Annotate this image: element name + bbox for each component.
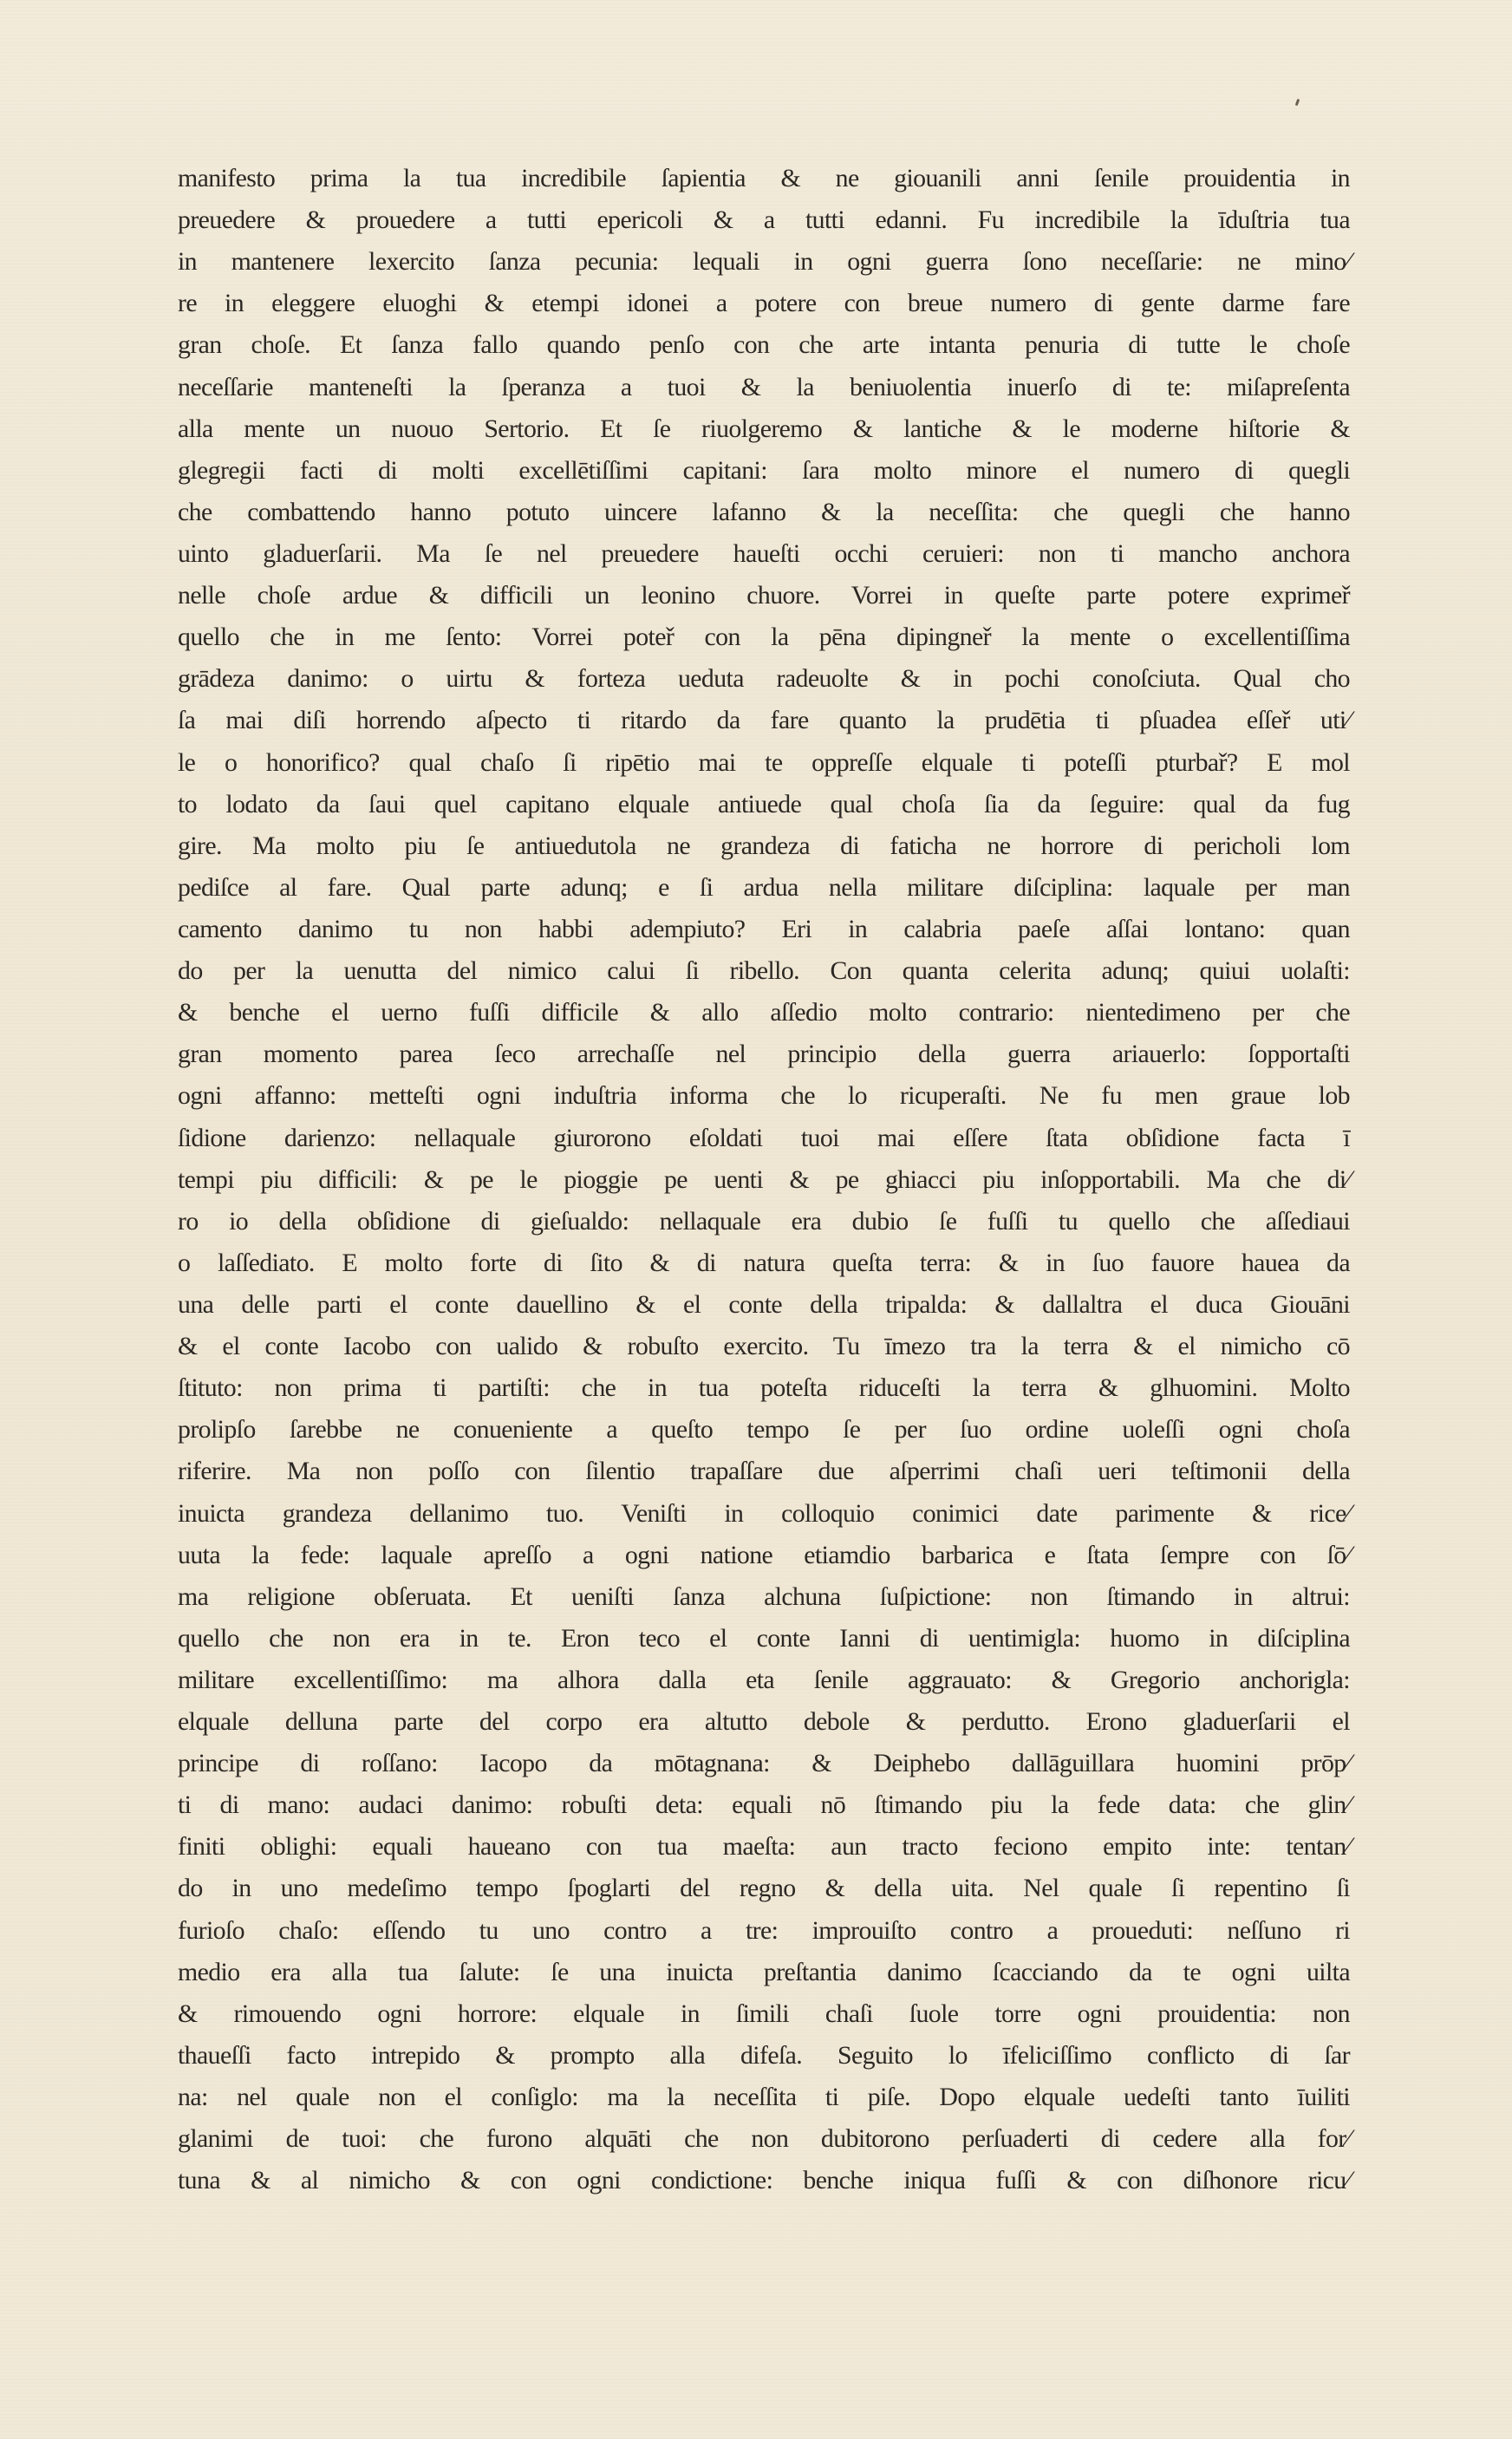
text-line: gran choſe. Et ſanza fallo quando penſo … (178, 324, 1350, 366)
text-line: glanimi de tuoi: che furono alquāti che … (178, 2118, 1350, 2160)
text-line: ſa mai diſi horrendo aſpecto ti ritardo … (178, 700, 1350, 741)
text-line: grādeza danimo: o uirtu & forteza ueduta… (178, 658, 1350, 700)
book-page: manifesto prima la tua incredibile ſapie… (0, 0, 1512, 2439)
text-line: tempi piu difficili: & pe le pioggie pe … (178, 1159, 1350, 1201)
text-line: ro io della obſidione di gieſualdo: nell… (178, 1201, 1350, 1242)
text-line: nelle choſe ardue & difficili un leonino… (178, 575, 1350, 616)
text-line: ſidione darienzo: nellaquale giurorono e… (178, 1118, 1350, 1159)
text-line: to lodato da ſaui quel capitano elquale … (178, 784, 1350, 825)
text-line: militare excellentiſſimo: ma alhora dall… (178, 1660, 1350, 1701)
text-line: manifesto prima la tua incredibile ſapie… (178, 158, 1350, 199)
text-line: finiti oblighi: equali haueano con tua m… (178, 1826, 1350, 1868)
text-line: le o honorifico? qual chaſo ſi ripētio m… (178, 742, 1350, 784)
text-line: quello che in me ſento: Vorrei poteř con… (178, 616, 1350, 658)
text-line: in mantenere lexercito ſanza pecunia: le… (178, 241, 1350, 283)
text-line: inuicta grandeza dellanimo tuo. Veniſti … (178, 1493, 1350, 1535)
text-line: & el conte Iacobo con ualido & robuſto e… (178, 1326, 1350, 1367)
text-line: prolipſo ſarebbe ne conueniente a queſto… (178, 1409, 1350, 1451)
text-line: ma religione obſeruata. Et ueniſti ſanza… (178, 1576, 1350, 1618)
text-line: principe di roſſano: Iacopo da mōtagnana… (178, 1743, 1350, 1784)
text-line: ſtituto: non prima ti partiſti: che in t… (178, 1367, 1350, 1409)
text-line: che combattendo hanno potuto uincere laf… (178, 492, 1350, 533)
text-line: re in eleggere eluoghi & etempi idonei a… (178, 283, 1350, 324)
text-line: neceſſarie manteneſti la ſperanza a tuoi… (178, 367, 1350, 408)
text-line: uuta la fede: laquale apreſſo a ogni nat… (178, 1535, 1350, 1576)
text-line: glegregii facti di molti excellētiſſimi … (178, 450, 1350, 492)
text-line: riferire. Ma non poſſo con ſilentio trap… (178, 1451, 1350, 1492)
text-line: pediſce al fare. Qual parte adunq; e ſi … (178, 867, 1350, 909)
text-line: na: nel quale non el conſiglo: ma la nec… (178, 2077, 1350, 2118)
text-line: alla mente un nuouo Sertorio. Et ſe riuo… (178, 408, 1350, 450)
text-line: furioſo chaſo: eſſendo tu uno contro a t… (178, 1910, 1350, 1952)
text-line: ogni affanno: metteſti ogni induſtria in… (178, 1075, 1350, 1117)
text-line: elquale delluna parte del corpo era altu… (178, 1701, 1350, 1743)
text-line: thaueſſi facto intrepido & prompto alla … (178, 2035, 1350, 2077)
text-line: medio era alla tua ſalute: ſe una inuict… (178, 1952, 1350, 1993)
text-line: & rimouendo ogni horrore: elquale in ſim… (178, 1993, 1350, 2035)
text-line: do in uno medeſimo tempo ſpoglarti del r… (178, 1868, 1350, 1909)
text-line: una delle parti el conte dauellino & el … (178, 1284, 1350, 1326)
text-line: o laſſediato. E molto forte di ſito & di… (178, 1242, 1350, 1284)
text-line: quello che non era in te. Eron teco el c… (178, 1618, 1350, 1660)
text-line: tuna & al nimicho & con ogni condictione… (178, 2160, 1350, 2201)
text-line: do per la uenutta del nimico calui ſi ri… (178, 950, 1350, 992)
text-line: ti di mano: audaci danimo: robuſti deta:… (178, 1784, 1350, 1826)
ink-speck (1295, 99, 1300, 107)
text-line: & benche el uerno fuſſi difficile & allo… (178, 992, 1350, 1034)
body-text: manifesto prima la tua incredibile ſapie… (178, 158, 1350, 2201)
text-line: gran momento parea ſeco arrechaſſe nel p… (178, 1034, 1350, 1075)
text-line: uinto gladuerſarii. Ma ſe nel preuedere … (178, 533, 1350, 575)
text-line: gire. Ma molto piu ſe antiuedutola ne gr… (178, 825, 1350, 867)
text-line: preuedere & prouedere a tutti epericoli … (178, 199, 1350, 241)
text-line: camento danimo tu non habbi adempiuto? E… (178, 909, 1350, 950)
